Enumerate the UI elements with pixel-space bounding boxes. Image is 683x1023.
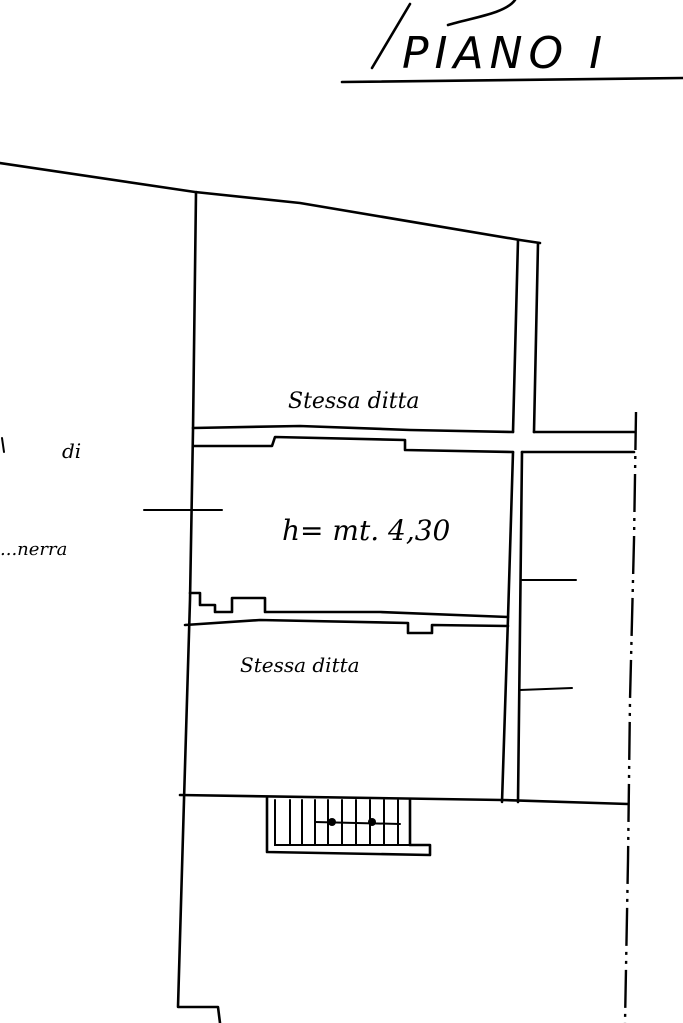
staircase-symbol bbox=[267, 798, 430, 855]
side-note-mark bbox=[2, 438, 4, 452]
middle-wall-b bbox=[185, 620, 508, 633]
corridor-wall-inner-top bbox=[513, 240, 518, 432]
room-label-height: h= mt. 4,30 bbox=[282, 514, 450, 547]
floor-plan-drawing: PIANO I Stessa ditta h= mt. 4,30 Stessa … bbox=[0, 0, 683, 1023]
middle-wall-a bbox=[190, 593, 508, 617]
side-note-upper: di bbox=[62, 439, 81, 463]
stub-wall-2 bbox=[520, 688, 572, 690]
upper-wall-a bbox=[193, 426, 513, 432]
drawing-title: PIANO I bbox=[342, 0, 683, 82]
corridor-wall-outer-bottom bbox=[518, 452, 522, 802]
title-text: PIANO I bbox=[402, 28, 608, 79]
room-label-lower: Stessa ditta bbox=[240, 653, 360, 677]
corridor-wall-outer-top bbox=[534, 243, 538, 432]
property-boundary-dashed bbox=[625, 412, 636, 1023]
boundary-line bbox=[0, 163, 540, 243]
room-label-top: Stessa ditta bbox=[288, 389, 420, 414]
bottom-wall bbox=[180, 795, 628, 804]
upper-wall-b bbox=[193, 437, 513, 452]
side-note-lower: ...nerra bbox=[0, 539, 67, 560]
